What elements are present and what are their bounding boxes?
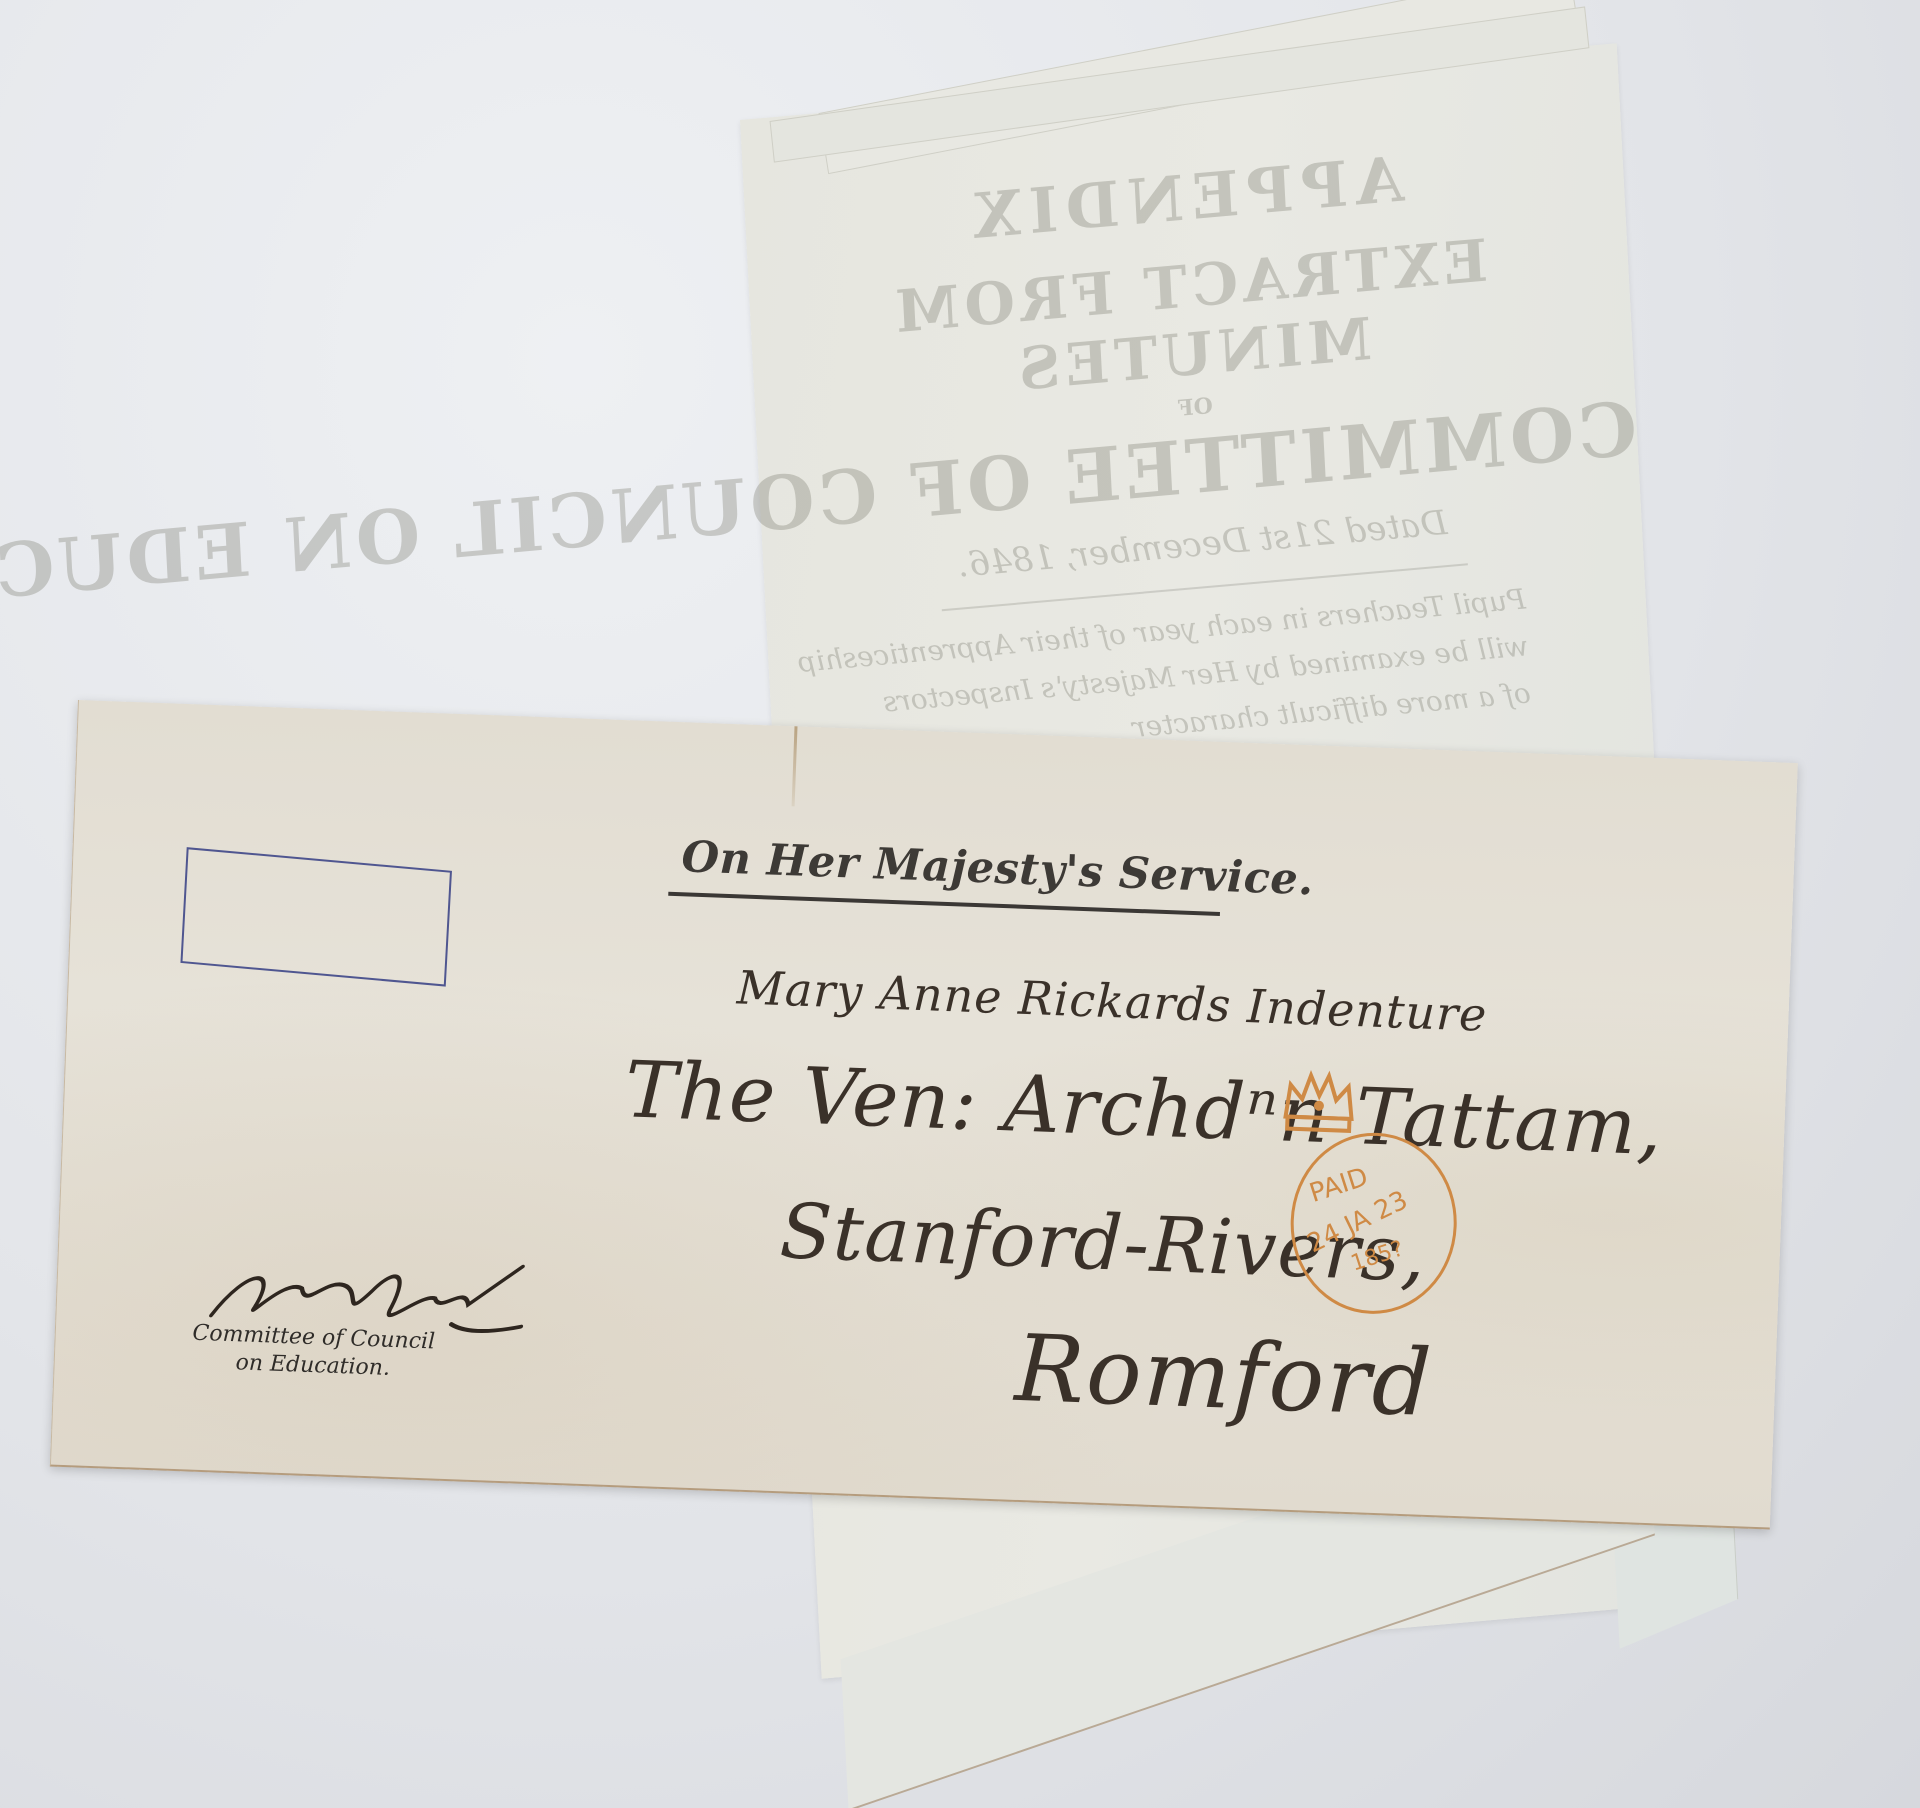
envelope: On Her Majesty's Service. Mary Anne Rick… bbox=[50, 700, 1798, 1530]
postmark-year: 185? bbox=[1348, 1236, 1407, 1276]
postmark-label: PAID bbox=[1306, 1162, 1372, 1209]
address-town: Romford bbox=[1013, 1315, 1435, 1437]
crown-icon bbox=[1279, 1064, 1360, 1137]
blue-pencil-box-icon bbox=[180, 847, 452, 986]
printed-header: On Her Majesty's Service. bbox=[681, 832, 1315, 905]
bleed-through-text: APPENDIX EXTRACT FROM MINUTES OF COMMITT… bbox=[740, 43, 1651, 775]
address-addressee: The Ven: Archdⁿn Tattam, bbox=[623, 1045, 1664, 1173]
sender-block: Committee of Council on Education. bbox=[162, 1319, 464, 1386]
photo-scene: APPENDIX EXTRACT FROM MINUTES OF COMMITT… bbox=[0, 0, 1920, 1808]
handwritten-subject: Mary Anne Rickards Indenture bbox=[736, 960, 1488, 1041]
envelope-tear bbox=[792, 726, 798, 806]
